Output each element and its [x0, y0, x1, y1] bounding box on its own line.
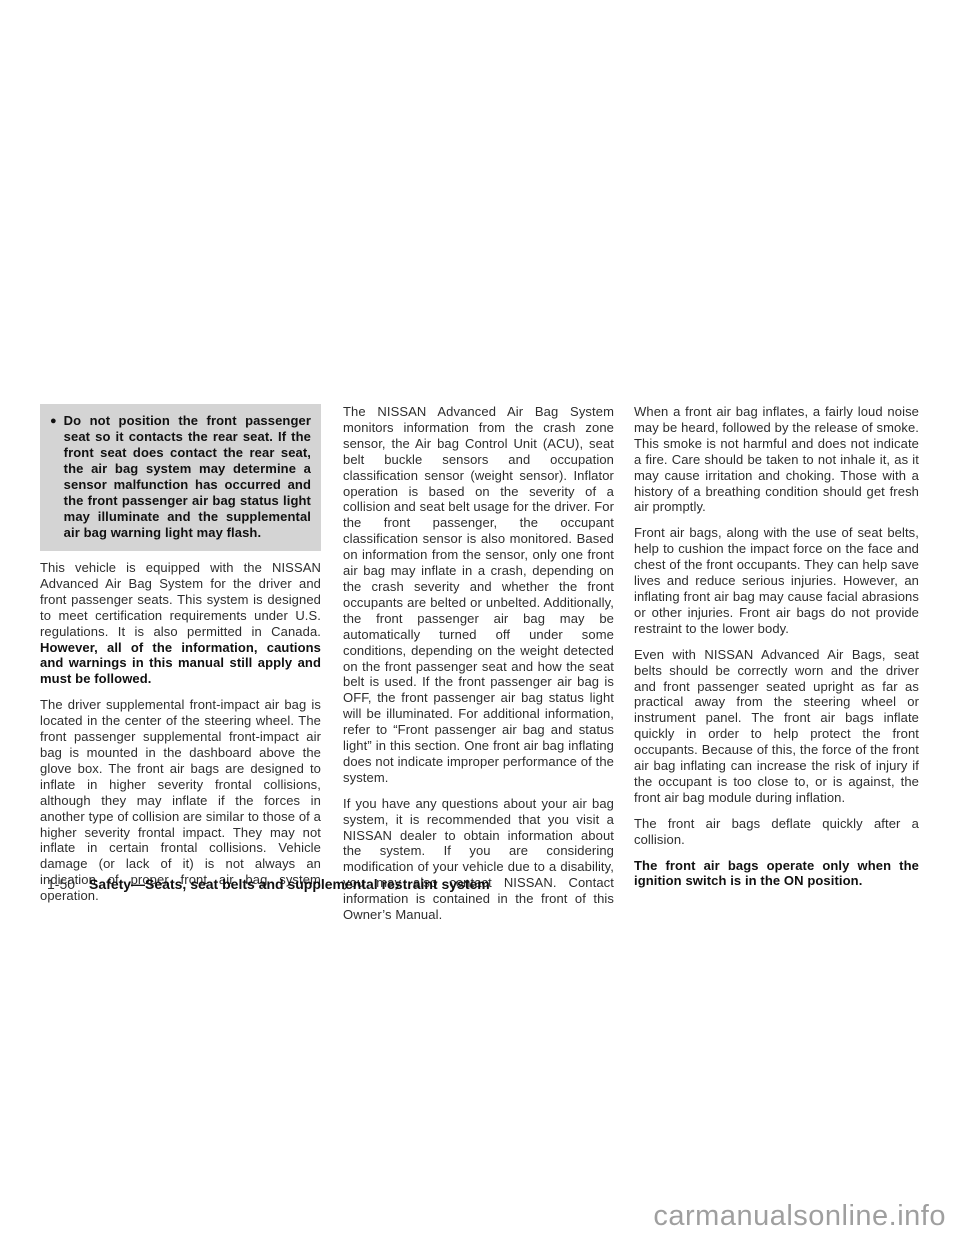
- paragraph-ignition-on: The front air bags operate only when the…: [634, 858, 919, 890]
- column-middle: The NISSAN Advanced Air Bag System monit…: [343, 404, 614, 933]
- column-right: When a front air bag inflates, a fairly …: [634, 404, 919, 933]
- paragraph-bold-segment: However, all of the information, caution…: [40, 640, 321, 687]
- warning-text: Do not position the front passenger seat…: [64, 413, 311, 541]
- paragraph-deflate-quickly: The front air bags deflate quickly after…: [634, 816, 919, 848]
- paragraph-normal-segment: This vehicle is equipped with the NISSAN…: [40, 560, 321, 639]
- page-content: ● Do not position the front passenger se…: [40, 404, 919, 933]
- page-number: 1-50: [47, 876, 75, 892]
- paragraph-cushion-impact: Front air bags, along with the use of se…: [634, 525, 919, 636]
- footer-section-title: Safety—Seats, seat belts and supplementa…: [89, 876, 490, 892]
- paragraph-seatbelt-upright: Even with NISSAN Advanced Air Bags, seat…: [634, 647, 919, 806]
- paragraph-system-monitors: The NISSAN Advanced Air Bag System monit…: [343, 404, 614, 786]
- bullet-icon: ●: [50, 413, 57, 429]
- column-left: ● Do not position the front passenger se…: [40, 404, 321, 933]
- paragraph-questions-dealer: If you have any questions about your air…: [343, 796, 614, 923]
- paragraph-bold-segment: The front air bags operate only when the…: [634, 858, 919, 889]
- paragraph-advanced-airbag-system: This vehicle is equipped with the NISSAN…: [40, 560, 321, 687]
- watermark-text: carmanualsonline.info: [653, 1200, 946, 1233]
- owners-manual-page: ● Do not position the front passenger se…: [0, 0, 960, 1242]
- paragraph-inflate-noise-smoke: When a front air bag inflates, a fairly …: [634, 404, 919, 515]
- warning-box: ● Do not position the front passenger se…: [40, 404, 321, 551]
- page-footer: 1-50Safety—Seats, seat belts and supplem…: [47, 876, 490, 892]
- paragraph-airbag-locations: The driver supplemental front-impact air…: [40, 697, 321, 904]
